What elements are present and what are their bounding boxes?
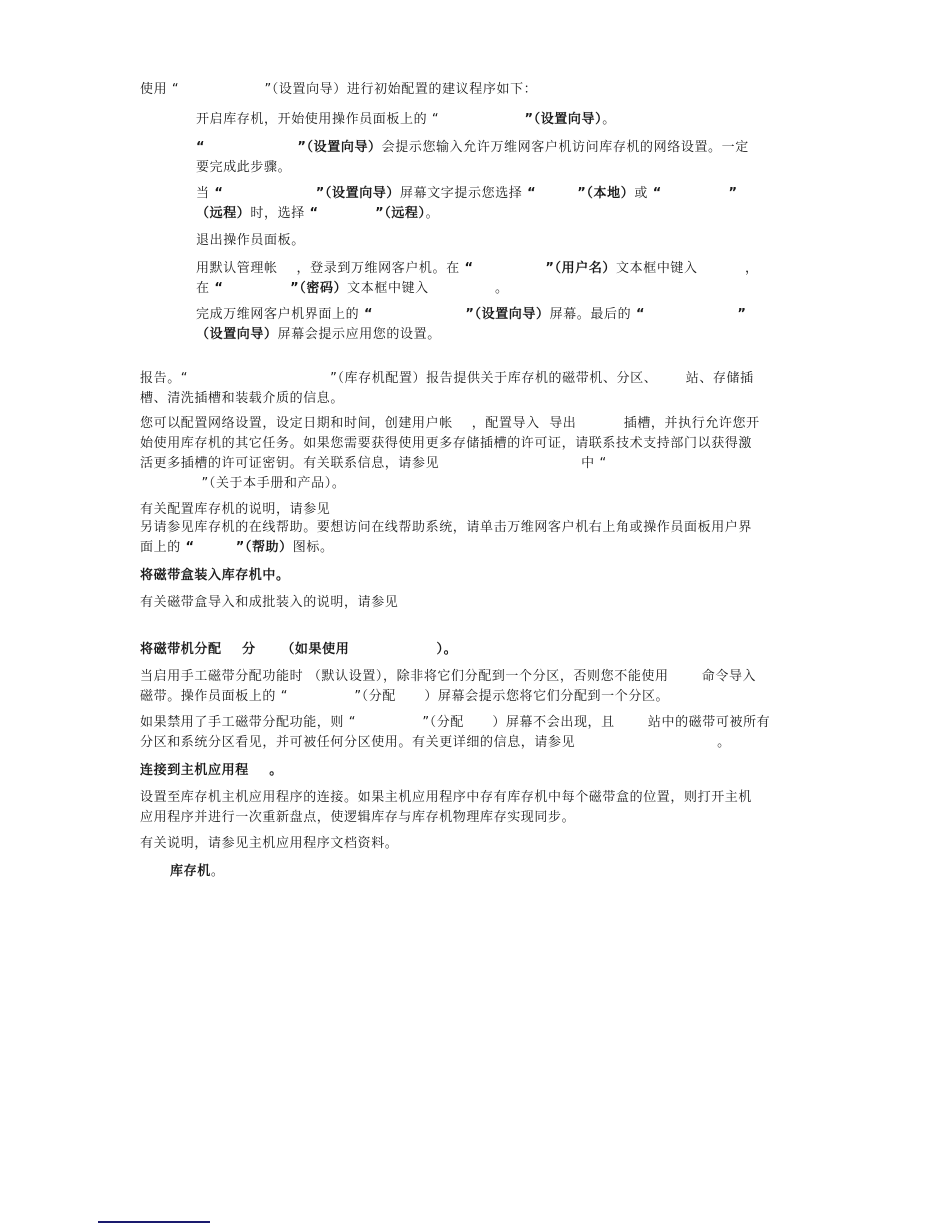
text: 另请参见库存机的在线帮助。要想访问在线帮助系统，请单击万维网客户机右上角或操作员… — [140, 520, 752, 535]
bold-text: （远程） — [196, 206, 250, 221]
assign-para2-line: 如果禁用了手工磁带分配功能，则 “ ”（分配 ）屏幕不会出现，且 站中的磁带可被… — [140, 713, 770, 733]
step-4-line: 退出操作员面板。 — [196, 231, 305, 251]
connect-para-line: 应用程序并进行一次重新盘点，使逻辑库存与库存机物理库存实现同步。 — [140, 808, 575, 828]
load-para: 有关磁带盒导入和成批装入的说明，请参见 — [140, 593, 398, 613]
report-para-line: 槽、清洗插槽和装载介质的信息。 — [140, 389, 344, 409]
final-item-label: 库存机 — [170, 864, 211, 879]
step-6-line: 完成万维网客户机界面上的 “ ”（设置向导）屏幕。最后的 “ ” — [196, 305, 747, 325]
text: 时，选择 — [250, 206, 309, 221]
text: 或 — [634, 186, 652, 201]
text: 屏幕文字提示您选择 — [400, 186, 527, 201]
text: 完成万维网客户机界面上的 — [196, 307, 364, 322]
step-2-line: 要完成此步骤。 — [196, 158, 291, 178]
text: 当 — [196, 186, 214, 201]
heading-load-cartridges: 将磁带盒装入库存机中。 — [140, 566, 290, 586]
text: 文本框中键入 。 — [347, 281, 508, 296]
bold-text: “ ”（设置向导） — [364, 307, 550, 322]
text: 用默认管理帐 ，登录到万维网客户机。在 — [196, 261, 464, 276]
text: 要完成此步骤。 — [196, 160, 291, 175]
config-para-line: ”（关于本手册和产品）。 — [140, 474, 345, 494]
bold-text: “ ”（密码） — [214, 281, 347, 296]
text: 屏幕。最后的 — [550, 307, 636, 322]
step-6-line: （设置向导）屏幕会提示应用您的设置。 — [196, 325, 441, 345]
bold-text: “ ”（设置向导） — [214, 186, 400, 201]
intro-text: 使用 “ ”（设置向导）进行初始配置的建议程序如下： — [140, 80, 537, 100]
step-1-line: 开启库存机，开始使用操作员面板上的 “ ”（设置向导）。 — [196, 110, 616, 130]
text: 面上的 — [140, 540, 186, 555]
bold-text: “ ”（设置向导） — [196, 140, 382, 155]
config-para-line: 活更多插槽的许可证密钥。有关联系信息，请参见 中 “ — [140, 454, 607, 474]
text: 开启库存机，开始使用操作员面板上的 “ — [196, 112, 524, 127]
connect-ref: 有关说明，请参见主机应用程序文档资料。 — [140, 834, 398, 854]
final-item-suffix: 。 — [211, 864, 225, 879]
step-5-line: 用默认管理帐 ，登录到万维网客户机。在 “ ”（用户名）文本框中键入 ， — [196, 259, 759, 279]
text: 屏幕会提示应用您的设置。 — [278, 327, 441, 342]
help-para-line: 面上的 “ ”（帮助）图标。 — [140, 538, 334, 558]
heading-assign-drives: 将磁带机分配 分 （如果使用 ）。 — [140, 640, 457, 660]
bold-text: “ ”（远程） — [310, 206, 426, 221]
bold-text: “ ” — [636, 307, 747, 322]
assign-para1-line: 磁带。操作员面板上的 “ ”（分配 ）屏幕会提示您将它们分配到一个分区。 — [140, 687, 669, 707]
text: 会提示您输入允许万维网客户机访问库存机的网络设置。一定 — [382, 140, 749, 155]
report-para-line: 报告。“ ”（库存机配置）报告提供关于库存机的磁带机、分区、 站、存储插 — [140, 369, 754, 389]
text: 图标。 — [293, 540, 334, 555]
bold-text: ”（设置向导） — [524, 112, 602, 127]
text: 有关配置库存机的说明，请参见 — [140, 502, 330, 517]
assign-para1-line: 当启用手工磁带分配功能时 （默认设置），除非将它们分配到一个分区，否则您不能使用… — [140, 667, 756, 687]
step-3-line: （远程）时，选择 “ ”（远程）。 — [196, 204, 439, 224]
final-item: 库存机。 — [170, 862, 224, 882]
assign-para2-line: 分区和系统分区看见，并可被任何分区使用。有关更详细的信息，请参见 。 — [140, 733, 731, 753]
help-para-line: 另请参见库存机的在线帮助。要想访问在线帮助系统，请单击万维网客户机右上角或操作员… — [140, 518, 752, 538]
bold-text: “ ”（用户名） — [464, 261, 616, 276]
step-2-line: “ ”（设置向导）会提示您输入允许万维网客户机访问库存机的网络设置。一定 — [196, 138, 749, 158]
bold-text: “ ”（本地） — [527, 186, 634, 201]
bold-text: （设置向导） — [196, 327, 278, 342]
step-3-line: 当 “ ”（设置向导）屏幕文字提示您选择 “ ”（本地）或 “ ” — [196, 184, 738, 204]
config-para-line: 您可以配置网络设置，设定日期和时间，创建用户帐 ，配置导入 导出 插槽，并执行允… — [140, 414, 760, 434]
config-para-line: 始使用库存机的其它任务。如果您需要获得使用更多存储插槽的许可证，请联系技术支持部… — [140, 434, 752, 454]
text: 退出操作员面板。 — [196, 233, 305, 248]
bold-text: “ ”（帮助） — [186, 540, 293, 555]
connect-para-line: 设置至库存机主机应用程序的连接。如果主机应用程序中存有库存机中每个磁带盒的位置，… — [140, 788, 752, 808]
footnote-divider — [98, 1221, 210, 1223]
text: 在 — [196, 281, 214, 296]
text: 文本框中键入 ， — [616, 261, 759, 276]
heading-connect-host: 连接到主机应用程 。 — [140, 761, 283, 781]
bold-text: “ ” — [653, 186, 738, 201]
step-5-line: 在 “ ”（密码）文本框中键入 。 — [196, 279, 509, 299]
text: 。 — [602, 112, 616, 127]
help-para-line: 有关配置库存机的说明，请参见 — [140, 500, 330, 520]
text: 。 — [426, 206, 440, 221]
